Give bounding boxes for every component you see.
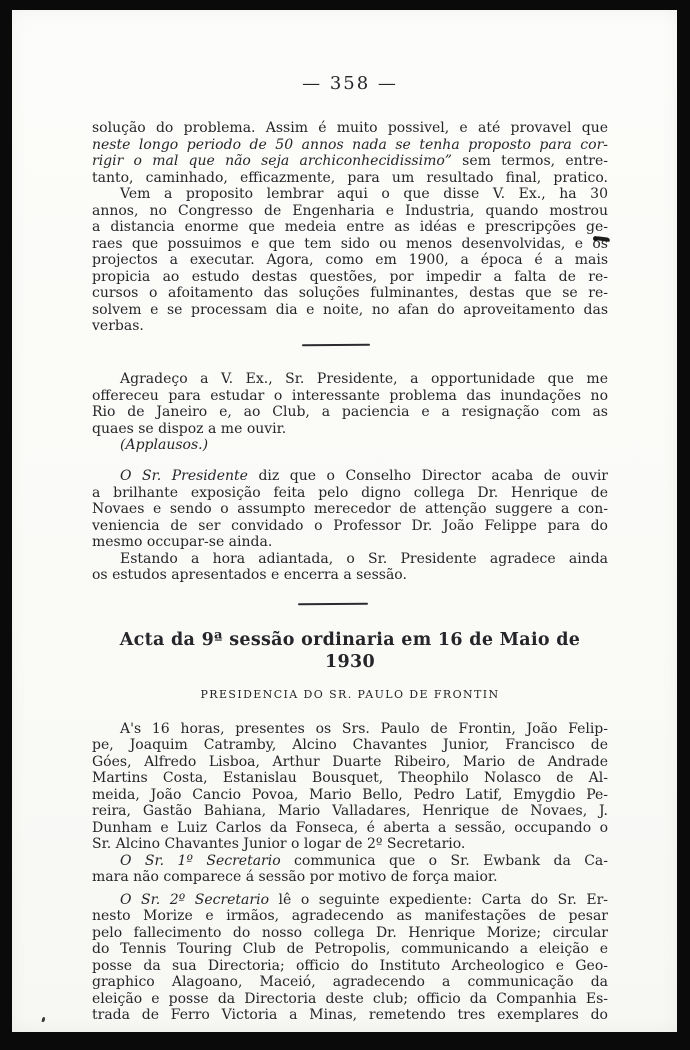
text-segment: quaes se dispoz a me ouvir. xyxy=(92,421,286,437)
text-segment: nesto Morize e irmãos, agradecendo as ma… xyxy=(92,908,608,924)
text-segment: mara não comparece á sessão por motivo d… xyxy=(92,869,498,885)
text-line: tanto, caminhado, efficazmente, para um … xyxy=(92,170,608,187)
text-line: meida, João Cancio Povoa, Mario Bello, P… xyxy=(92,787,608,804)
text-line: projectos a executar. Agora, como em 190… xyxy=(92,252,608,269)
para-presidente: O Sr. Presidente diz que o Conselho Dire… xyxy=(92,468,608,551)
text-line: eleição e posse da Directoria deste club… xyxy=(92,991,608,1008)
text-segment: offereceu para estudar o interessante pr… xyxy=(92,388,608,404)
text-line: solvem e se processam dia e noite, no af… xyxy=(92,302,608,319)
para-continuation: solução do problema. Assim é muito possi… xyxy=(92,120,608,186)
text-segment: O Sr. 2º Secretario xyxy=(120,892,269,908)
text-segment: Góes, Alfredo Lisboa, Arthur Duarte Ribe… xyxy=(92,754,608,770)
text-line: pelo fallecimento do nosso collega Dr. H… xyxy=(92,925,608,942)
text-line: graphico Alagoano, Maceió, agradecendo a… xyxy=(92,974,608,991)
text-segment: do Tennis Touring Club de Petropolis, co… xyxy=(92,941,608,957)
text-segment: trada de Ferro Victoria a Minas, remeten… xyxy=(92,1007,608,1023)
text-segment: Agradeço a V. Ex., Sr. Presidente, a opp… xyxy=(120,371,608,387)
text-segment: propicia ao estudo destas questões, por … xyxy=(92,269,608,285)
text-line: Estando a hora adiantada, o Sr. Presiden… xyxy=(92,551,608,568)
text-segment: meida, João Cancio Povoa, Mario Bello, P… xyxy=(92,787,608,803)
text-segment: rigir o mal que não seja archiconhecidis… xyxy=(92,153,452,169)
text-line: raes que possuimos e que tem sido ou men… xyxy=(92,236,608,253)
text-line: Rio de Janeiro e, ao Club, a paciencia e… xyxy=(92,404,608,421)
text-line: Vem a proposito lembrar aqui o que disse… xyxy=(92,186,608,203)
text-segment: Martins Costa, Estanislau Bousquet, Theo… xyxy=(92,770,608,786)
document-content: — 358 —solução do problema. Assim é muit… xyxy=(92,10,608,1024)
text-line: reira, Gastão Bahiana, Mario Valladares,… xyxy=(92,803,608,820)
text-segment: a brilhante exposição feita pelo digno c… xyxy=(92,485,608,501)
text-line: O Sr. Presidente diz que o Conselho Dire… xyxy=(92,468,608,485)
text-line: rigir o mal que não seja archiconhecidis… xyxy=(92,153,608,170)
text-line: nesto Morize e irmãos, agradecendo as ma… xyxy=(92,908,608,925)
text-segment: Dunham e Luiz Carlos da Fonseca, é abert… xyxy=(92,820,608,836)
text-line: A's 16 horas, presentes os Srs. Paulo de… xyxy=(92,721,608,738)
divider-1 xyxy=(92,344,608,346)
text-segment: Rio de Janeiro e, ao Club, a paciencia e… xyxy=(92,404,608,420)
text-line: annos, no Congresso de Engenharia e Indu… xyxy=(92,203,608,220)
text-line: os estudos apresentados e encerra a sess… xyxy=(92,567,608,584)
text-segment: pe, Joaquim Catramby, Alcino Chavantes J… xyxy=(92,737,608,753)
para-applausos: (Applausos.) xyxy=(92,437,608,454)
para-agradeco: Agradeço a V. Ex., Sr. Presidente, a opp… xyxy=(92,371,608,437)
para-2-secretario: O Sr. 2º Secretario lê o seguinte expedi… xyxy=(92,892,608,1024)
text-segment: verbas. xyxy=(92,318,144,334)
text-line: posse da sua Directoria; officio do Inst… xyxy=(92,958,608,975)
para-estando: Estando a hora adiantada, o Sr. Presiden… xyxy=(92,551,608,584)
text-line: neste longo periodo de 50 annos nada se … xyxy=(92,137,608,154)
page-number: — 358 — xyxy=(92,73,608,94)
text-segment: projectos a executar. Agora, como em 190… xyxy=(92,252,608,268)
text-segment: graphico Alagoano, Maceió, agradecendo a… xyxy=(92,974,608,990)
text-segment: A's 16 horas, presentes os Srs. Paulo de… xyxy=(120,721,608,737)
para-vem-a-proposito: Vem a proposito lembrar aqui o que disse… xyxy=(92,186,608,335)
text-segment: O Sr. Presidente xyxy=(120,468,248,484)
text-line: veniencia de ser convidado o Professor D… xyxy=(92,518,608,535)
text-line: mara não comparece á sessão por motivo d… xyxy=(92,869,608,886)
section-divider-line xyxy=(302,343,370,345)
section-divider-line xyxy=(298,602,368,604)
text-line: trada de Ferro Victoria a Minas, remeten… xyxy=(92,1007,608,1024)
text-segment: Vem a proposito lembrar aqui o que disse… xyxy=(120,186,608,202)
divider-2 xyxy=(92,603,608,605)
text-segment: neste longo periodo de 50 annos nada se … xyxy=(92,137,608,153)
text-line: Góes, Alfredo Lisboa, Arthur Duarte Ribe… xyxy=(92,754,608,771)
text-segment: solução do problema. Assim é muito possi… xyxy=(92,120,608,136)
para-1-secretario: O Sr. 1º Secretario communica que o Sr. … xyxy=(92,853,608,886)
scanned-page: — 358 —solução do problema. Assim é muit… xyxy=(12,10,677,1032)
para-presentes: A's 16 horas, presentes os Srs. Paulo de… xyxy=(92,721,608,853)
heading-acta: Acta da 9ª sessão ordinaria em 16 de Mai… xyxy=(92,629,608,673)
text-segment: lê o seguinte expediente: Carta do Sr. E… xyxy=(269,892,608,908)
text-line: (Applausos.) xyxy=(92,437,608,454)
text-line: Martins Costa, Estanislau Bousquet, Theo… xyxy=(92,770,608,787)
text-segment: cursos o afoitamento das soluções fulmin… xyxy=(92,285,608,301)
text-segment: Sr. Alcino Chavantes Junior o logar de 2… xyxy=(92,836,465,852)
text-segment: mesmo occupar-se ainda. xyxy=(92,534,272,550)
text-line: do Tennis Touring Club de Petropolis, co… xyxy=(92,941,608,958)
text-line: pe, Joaquim Catramby, Alcino Chavantes J… xyxy=(92,737,608,754)
text-segment: pelo fallecimento do nosso collega Dr. H… xyxy=(92,925,608,941)
text-line: Novaes e sendo o assumpto merecedor de a… xyxy=(92,501,608,518)
text-line: propicia ao estudo destas questões, por … xyxy=(92,269,608,286)
text-segment: Novaes e sendo o assumpto merecedor de a… xyxy=(92,501,608,517)
text-line: offereceu para estudar o interessante pr… xyxy=(92,388,608,405)
text-segment: tanto, caminhado, efficazmente, para um … xyxy=(92,170,608,186)
text-segment: sem termos, entre- xyxy=(452,153,608,169)
text-line: quaes se dispoz a me ouvir. xyxy=(92,421,608,438)
subheading-presidencia: PRESIDENCIA DO SR. PAULO DE FRONTIN xyxy=(92,688,608,702)
text-line: a distancia enorme que medeia entre as i… xyxy=(92,219,608,236)
text-line: solução do problema. Assim é muito possi… xyxy=(92,120,608,137)
text-line: O Sr. 1º Secretario communica que o Sr. … xyxy=(92,853,608,870)
text-line: Agradeço a V. Ex., Sr. Presidente, a opp… xyxy=(92,371,608,388)
text-segment: solvem e se processam dia e noite, no af… xyxy=(92,302,608,318)
text-line: a brilhante exposição feita pelo digno c… xyxy=(92,485,608,502)
text-segment: raes que possuimos e que tem sido ou men… xyxy=(92,236,608,252)
text-segment: a distancia enorme que medeia entre as i… xyxy=(92,219,608,235)
text-segment: O Sr. 1º Secretario xyxy=(120,853,281,869)
text-line: O Sr. 2º Secretario lê o seguinte expedi… xyxy=(92,892,608,909)
text-segment: veniencia de ser convidado o Professor D… xyxy=(92,518,608,534)
text-line: Dunham e Luiz Carlos da Fonseca, é abert… xyxy=(92,820,608,837)
text-segment: (Applausos.) xyxy=(120,437,208,453)
text-segment: posse da sua Directoria; officio do Inst… xyxy=(92,958,608,974)
text-segment: annos, no Congresso de Engenharia e Indu… xyxy=(92,203,608,219)
text-segment: os estudos apresentados e encerra a sess… xyxy=(92,567,407,583)
text-segment: Estando a hora adiantada, o Sr. Presiden… xyxy=(120,551,608,567)
text-line: Sr. Alcino Chavantes Junior o logar de 2… xyxy=(92,836,608,853)
text-line: verbas. xyxy=(92,318,608,335)
text-segment: communica que o Sr. Ewbank da Ca- xyxy=(281,853,608,869)
text-line: cursos o afoitamento das soluções fulmin… xyxy=(92,285,608,302)
text-segment: reira, Gastão Bahiana, Mario Valladares,… xyxy=(92,803,608,819)
text-segment: diz que o Conselho Director acaba de ouv… xyxy=(248,468,608,484)
ink-speck xyxy=(42,1017,46,1023)
text-segment: eleição e posse da Directoria deste club… xyxy=(92,991,608,1007)
text-line: mesmo occupar-se ainda. xyxy=(92,534,608,551)
